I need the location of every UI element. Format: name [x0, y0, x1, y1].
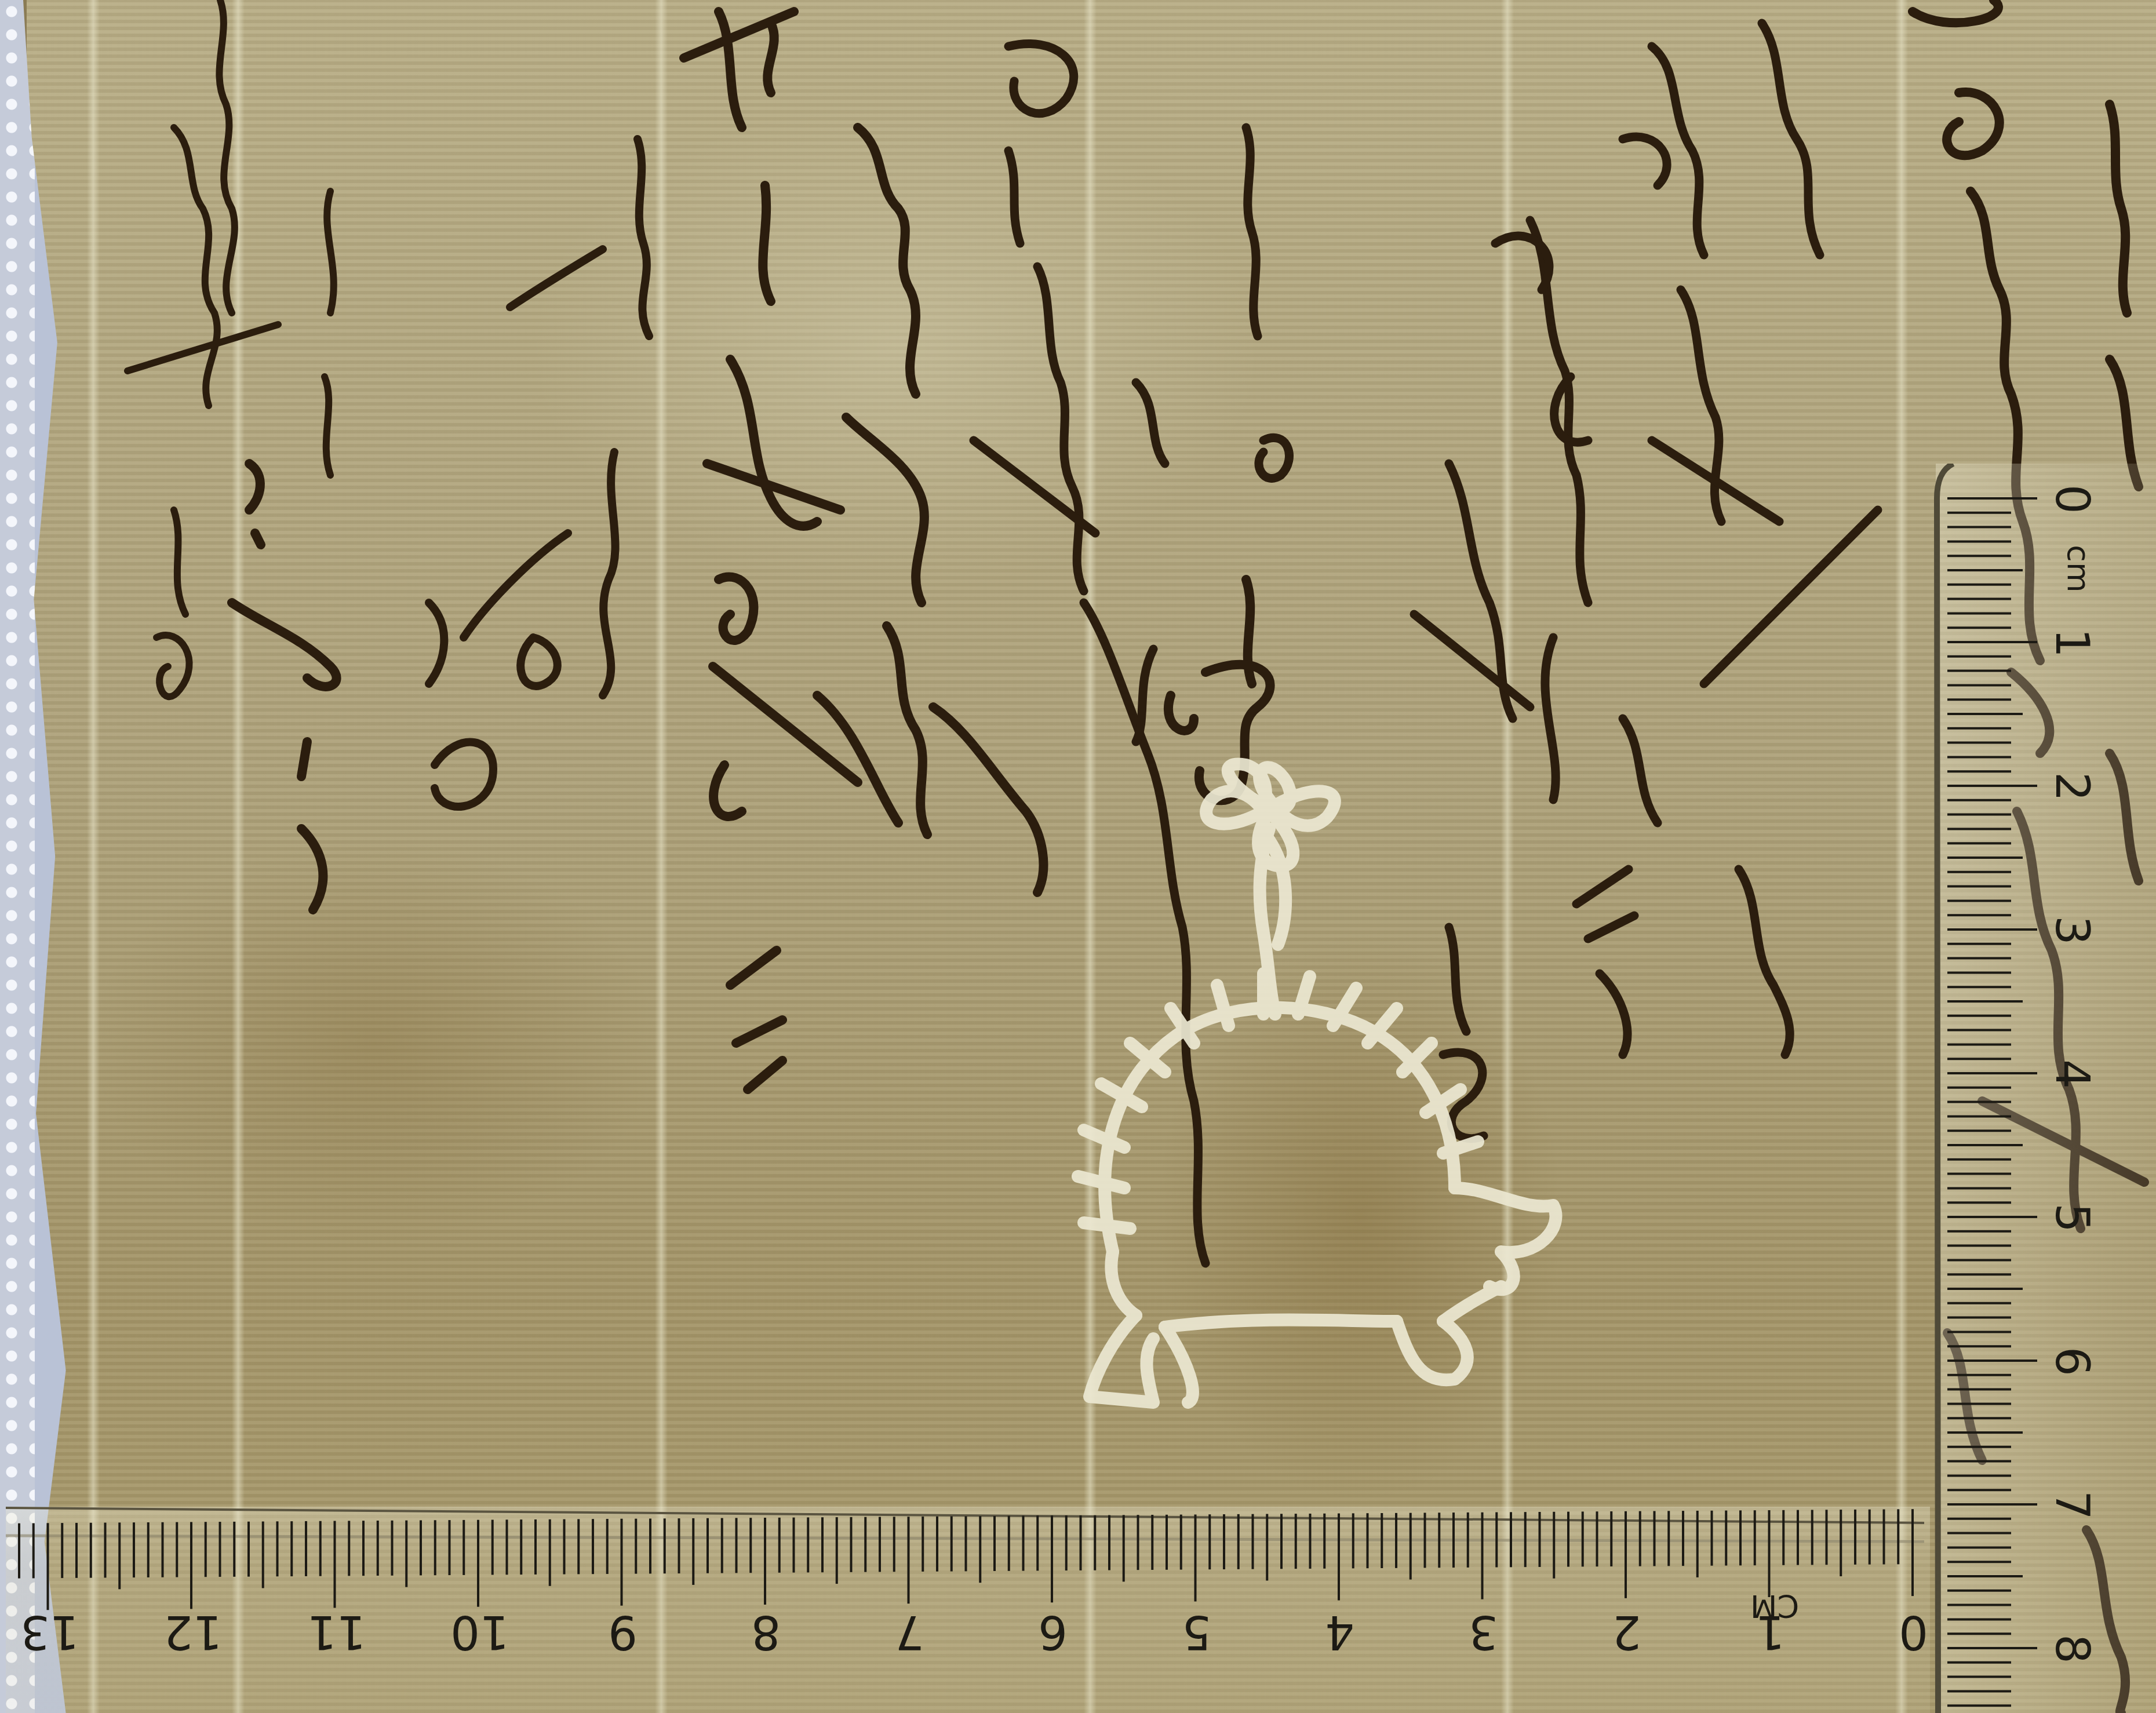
ruler-ticks-vertical — [1930, 464, 2156, 1713]
horizontal-cm-ruler: CM — [6, 1501, 1936, 1713]
ruler-tick-label-horizontal: 5 — [1182, 1605, 1211, 1659]
ruler-unit-label-vertical: cm — [2060, 545, 2097, 592]
ruler-tick-label-horizontal: 12 — [163, 1605, 223, 1659]
ruler-tick-label-horizontal: 11 — [307, 1605, 366, 1659]
ruler-tick-label-vertical: 0 — [2045, 484, 2099, 514]
ruler-tick-label-horizontal: 7 — [895, 1605, 924, 1659]
ruler-tick-label-vertical: 1 — [2045, 628, 2099, 658]
ruler-tick-label-horizontal: 2 — [1612, 1605, 1641, 1659]
ruler-ticks-horizontal — [6, 1501, 1936, 1713]
ruler-tick-label-horizontal: 1 — [1756, 1605, 1785, 1659]
ruler-tick-label-horizontal: 3 — [1469, 1605, 1498, 1659]
ruler-tick-label-vertical: 2 — [2045, 772, 2099, 801]
ruler-tick-label-vertical: 4 — [2045, 1059, 2099, 1089]
watermark-figure — [1049, 748, 1605, 1478]
ruler-tick-label-horizontal: 9 — [608, 1605, 638, 1659]
ruler-tick-label-horizontal: 0 — [1899, 1605, 1928, 1659]
handwriting-column-3 — [359, 104, 707, 846]
ruler-tick-label-horizontal: 8 — [751, 1605, 781, 1659]
ruler-tick-label-vertical: 3 — [2045, 916, 2099, 945]
ruler-tick-label-horizontal: 13 — [20, 1605, 79, 1659]
vertical-cm-ruler: cm — [1930, 464, 2156, 1713]
ruler-tick-label-vertical: 8 — [2045, 1634, 2099, 1664]
perforated-backdrop — [0, 0, 35, 1713]
ruler-tick-label-horizontal: 10 — [450, 1605, 509, 1659]
ruler-tick-label-horizontal: 4 — [1325, 1605, 1354, 1659]
ruler-tick-label-vertical: 7 — [2045, 1490, 2099, 1520]
ruler-tick-label-vertical: 6 — [2045, 1347, 2099, 1376]
ruler-tick-label-horizontal: 6 — [1038, 1605, 1068, 1659]
ruler-tick-label-vertical: 5 — [2045, 1203, 2099, 1233]
